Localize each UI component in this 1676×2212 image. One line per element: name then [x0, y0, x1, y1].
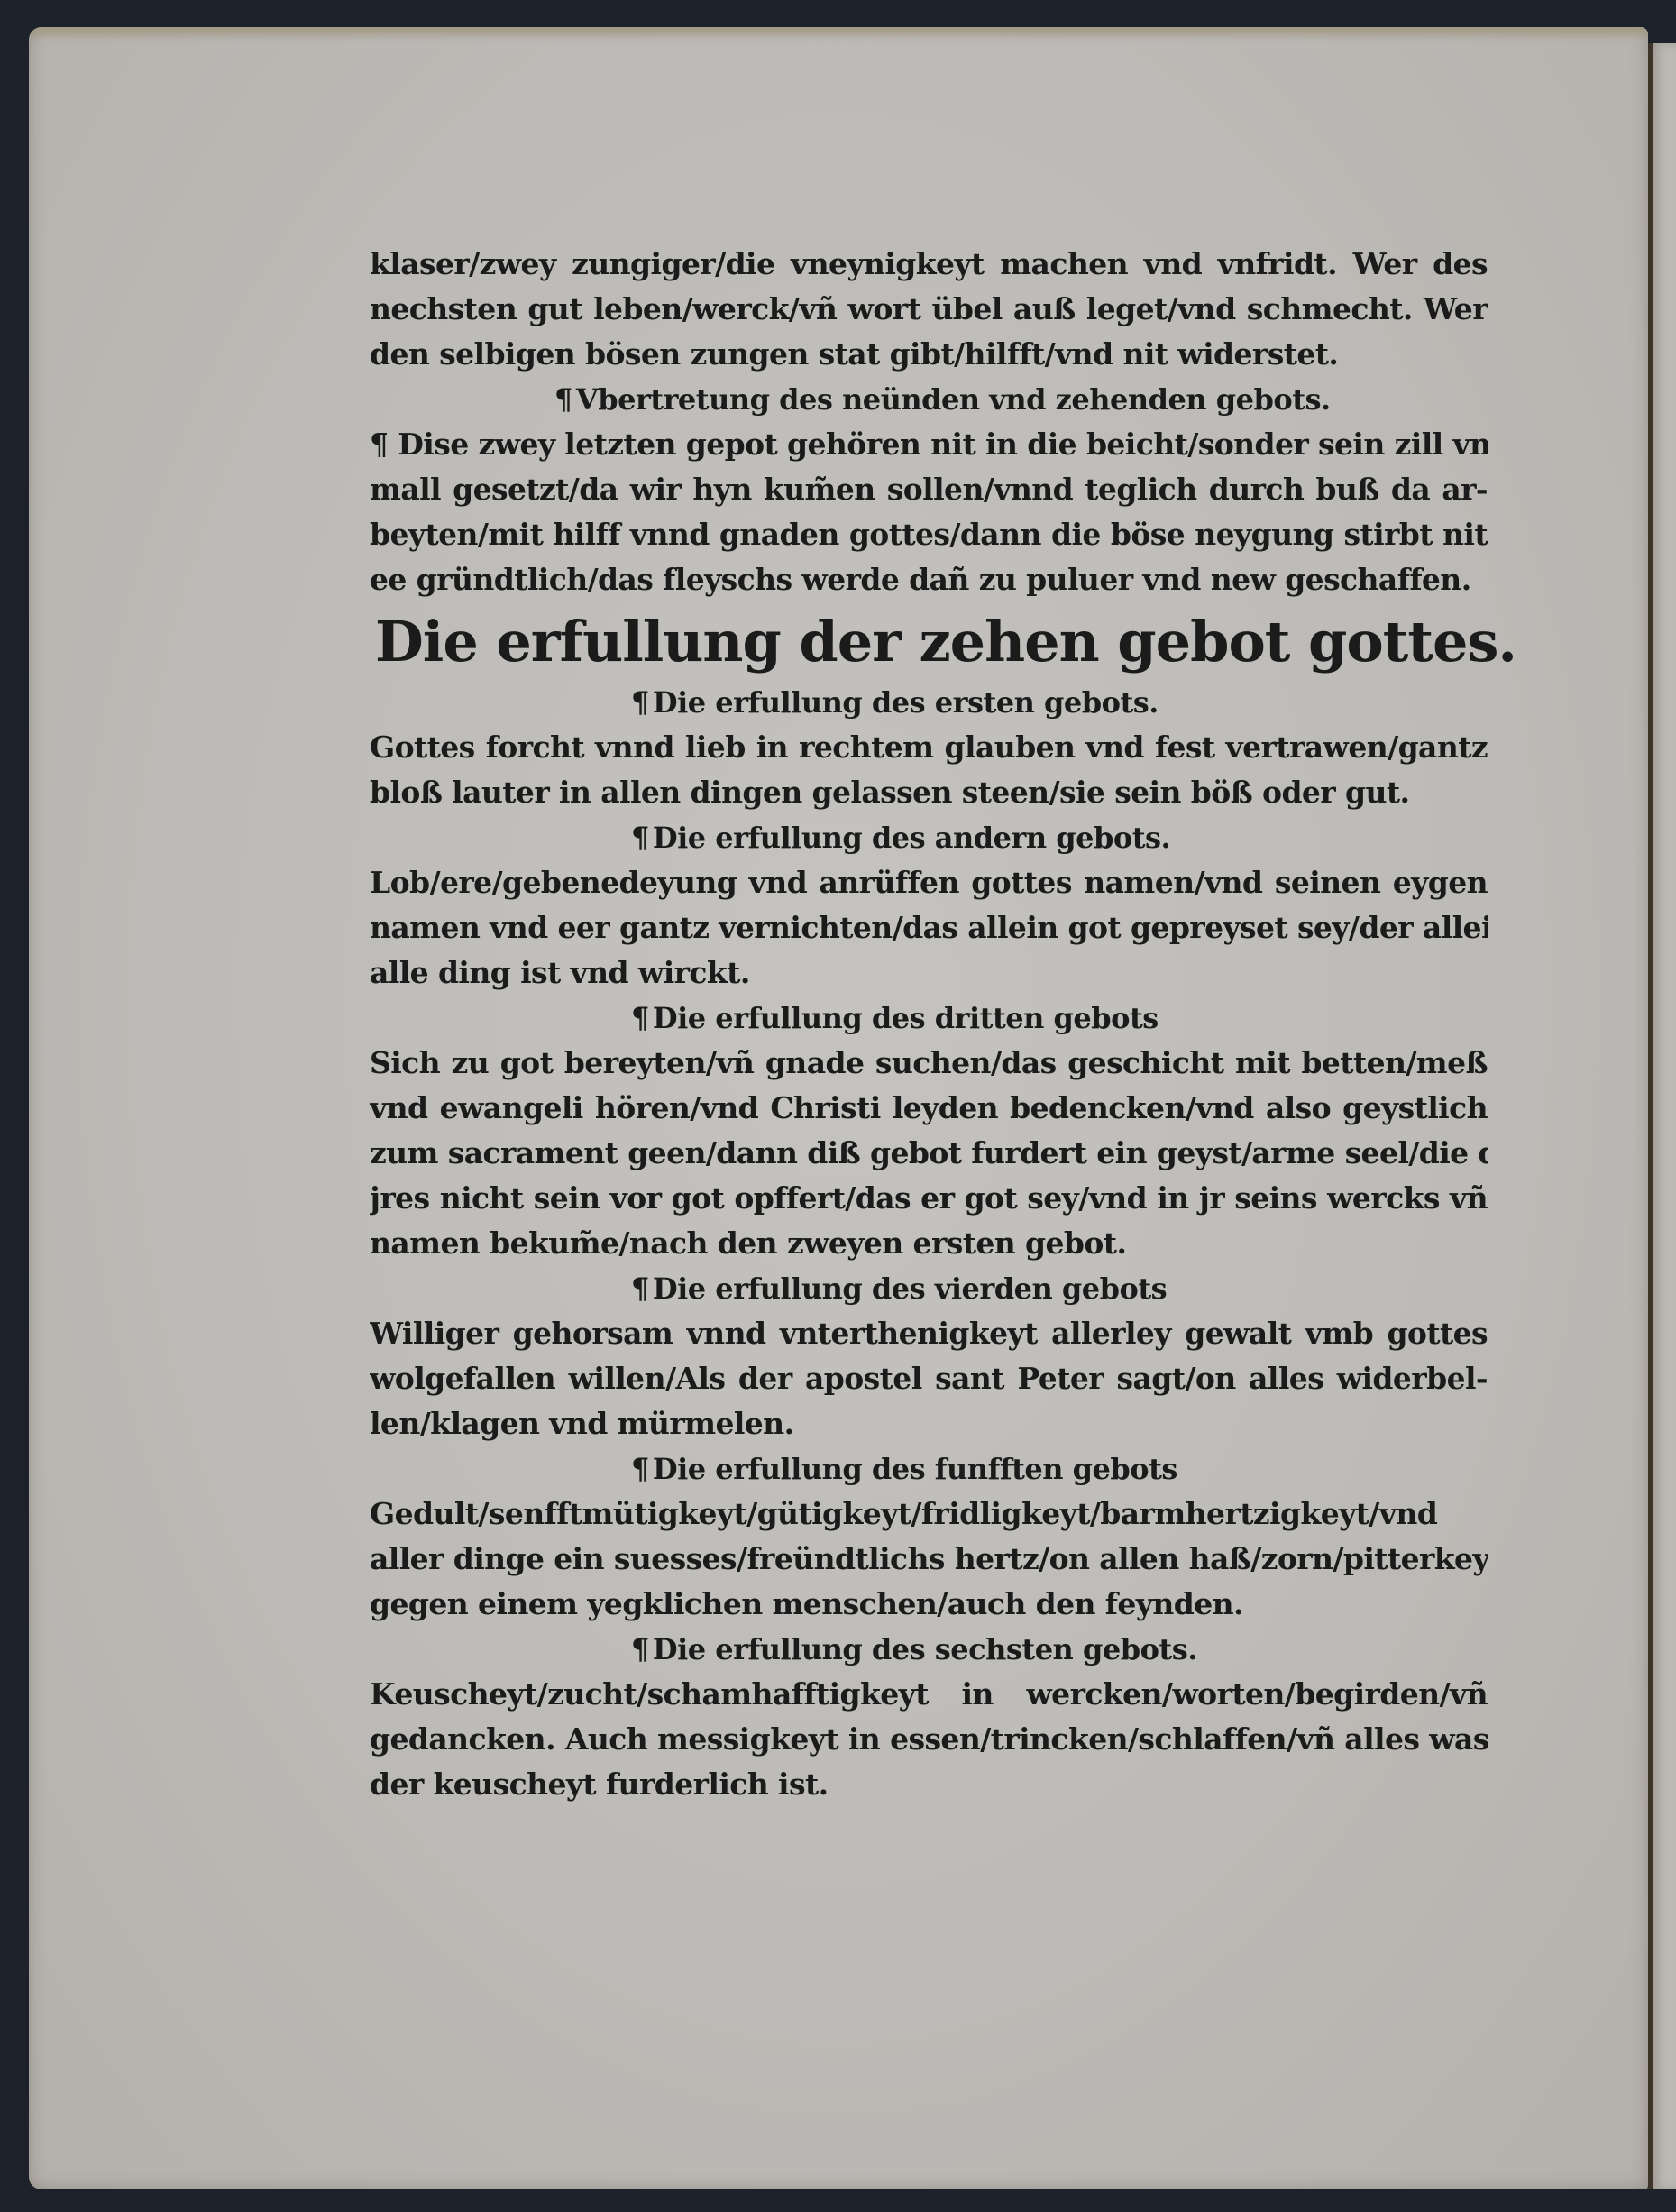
text-line: wolgefallen willen/Als der apostel sant … — [370, 1356, 1488, 1401]
text-line: den selbigen bösen zungen stat gibt/hilf… — [370, 332, 1488, 377]
section-heading-text: Die erfullung des andern gebots. — [653, 821, 1170, 855]
section-third-commandment: ¶Die erfullung des dritten gebots Sich z… — [370, 996, 1488, 1266]
pilcrow-icon: ¶ — [631, 680, 649, 725]
section-fourth-commandment: ¶Die erfullung des vierden gebots Willig… — [370, 1266, 1488, 1446]
text-line: jres nicht sein vor got opffert/das er g… — [370, 1176, 1488, 1221]
section-heading: ¶Die erfullung des vierden gebots — [370, 1266, 1488, 1311]
text-line: Gottes forcht vnnd lieb in rechtem glaub… — [370, 725, 1488, 770]
text-line: klaser/zwey zungiger/die vneynigkeyt mac… — [370, 242, 1488, 287]
text-line: alle ding ist vnd wirckt. — [370, 950, 1488, 996]
pilcrow-icon: ¶ — [631, 1627, 649, 1672]
section-heading-text: Die erfullung des sechsten gebots. — [653, 1632, 1197, 1666]
text-line: Lob/ere/gebenedeyung vnd anrüffen gottes… — [370, 860, 1488, 905]
text-line: ¶ Dise zwey letzten gepot gehören nit in… — [370, 422, 1488, 467]
text-line: mall gesetzt/da wir hyn kum̃en sollen/vn… — [370, 467, 1488, 512]
section-heading: ¶Vbertretung des neünden vnd zehenden ge… — [370, 377, 1488, 422]
text-line: len/klagen vnd mürmelen. — [370, 1401, 1488, 1446]
text-line: Sich zu got bereyten/vñ gnade suchen/das… — [370, 1041, 1488, 1086]
section-sixth-commandment: ¶Die erfullung des sechsten gebots. Keus… — [370, 1627, 1488, 1807]
section-heading-text: Die erfullung des funfften gebots — [653, 1452, 1177, 1486]
text-line: zum sacrament geen/dann diß gebot furder… — [370, 1131, 1488, 1176]
text-line: ee gründtlich/das fleyschs werde dañ zu … — [370, 557, 1488, 602]
main-title: Die erfullung der zehen gebot gottes. — [375, 604, 1488, 680]
text-line: vnd ewangeli hören/vnd Christi leyden be… — [370, 1086, 1488, 1131]
text-line: der keuscheyt furderlich ist. — [370, 1762, 1488, 1807]
section-heading: ¶Die erfullung des funfften gebots — [370, 1446, 1488, 1491]
text-line: namen bekum̃e/nach den zweyen ersten geb… — [370, 1221, 1488, 1266]
section-heading-text: Die erfullung des vierden gebots — [653, 1271, 1167, 1306]
text-line: Gedult/senfftmütigkeyt/gütigkeyt/fridlig… — [370, 1491, 1488, 1537]
text-line: Williger gehorsam vnnd vnterthenigkeyt a… — [370, 1311, 1488, 1356]
section-fifth-commandment: ¶Die erfullung des funfften gebots Gedul… — [370, 1446, 1488, 1627]
section-first-commandment: ¶Die erfullung des ersten gebots. Gottes… — [370, 680, 1488, 815]
text-line: gegen einem yegklichen menschen/auch den… — [370, 1582, 1488, 1627]
section-ninth-tenth: ¶Vbertretung des neünden vnd zehenden ge… — [370, 377, 1488, 602]
text-line: nechsten gut leben/werck/vñ wort übel au… — [370, 287, 1488, 332]
pilcrow-icon: ¶ — [631, 1446, 649, 1491]
page-text-block: klaser/zwey zungiger/die vneynigkeyt mac… — [370, 242, 1488, 1807]
section-heading: ¶Die erfullung des sechsten gebots. — [370, 1627, 1488, 1672]
text-line: gedancken. Auch messigkeyt in essen/trin… — [370, 1717, 1488, 1762]
text-line: beyten/mit hilff vnnd gnaden gottes/dann… — [370, 512, 1488, 557]
pilcrow-icon: ¶ — [631, 815, 649, 860]
continuation-paragraph: klaser/zwey zungiger/die vneynigkeyt mac… — [370, 242, 1488, 377]
section-heading: ¶Die erfullung des ersten gebots. — [370, 680, 1488, 725]
section-heading-text: Die erfullung des dritten gebots — [653, 1001, 1159, 1035]
section-heading-text: Vbertretung des neünden vnd zehenden geb… — [576, 382, 1331, 417]
pilcrow-icon: ¶ — [554, 377, 572, 422]
text-line: aller dinge ein suesses/freündtlichs her… — [370, 1537, 1488, 1582]
text-line: namen vnd eer gantz vernichten/das allei… — [370, 905, 1488, 950]
pilcrow-icon: ¶ — [631, 996, 649, 1041]
pilcrow-icon: ¶ — [631, 1266, 649, 1311]
section-second-commandment: ¶Die erfullung des andern gebots. Lob/er… — [370, 815, 1488, 996]
section-heading: ¶Die erfullung des dritten gebots — [370, 996, 1488, 1041]
text-line: Keuscheyt/zucht/schamhafftigkeyt in werc… — [370, 1672, 1488, 1717]
text-line: bloß lauter in allen dingen gelassen ste… — [370, 770, 1488, 815]
right-page-edge — [1653, 43, 1676, 2189]
section-heading: ¶Die erfullung des andern gebots. — [370, 815, 1488, 860]
section-heading-text: Die erfullung des ersten gebots. — [653, 685, 1159, 720]
